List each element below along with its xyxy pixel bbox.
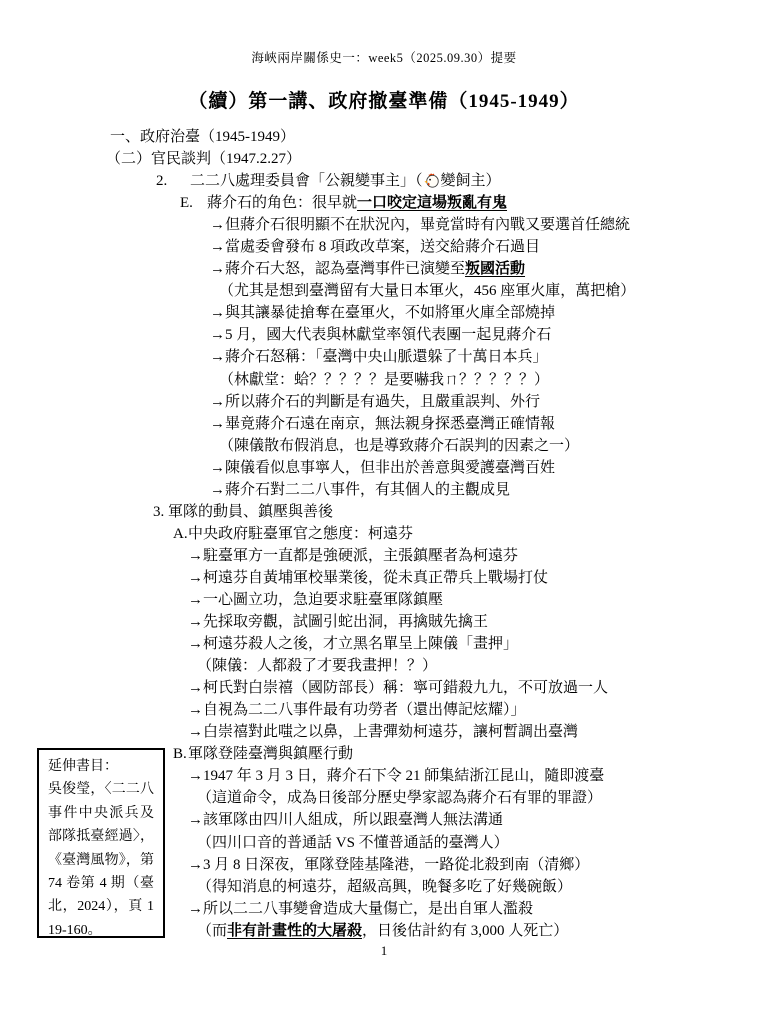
text-segment: 軍隊的動員、鎮壓與善後 bbox=[168, 504, 333, 520]
text-segment: （陳儀散布假消息，也是導致蔣介石誤判的因素之一） bbox=[219, 438, 579, 454]
page-title: （續）第一講、政府撤臺準備（1945-1949） bbox=[0, 86, 768, 113]
text-segment: →畢竟蔣介石遠在南京，無法親身探悉臺灣正確情報 bbox=[210, 416, 555, 432]
text-segment: 變飼主） bbox=[441, 173, 501, 189]
outline-line: （林獻堂：蛤？？？？？是要嚇我ㄇ？？？？？） bbox=[0, 369, 768, 391]
text-segment: →柯遠芬殺人之後，才立黑名單呈上陳儀「畫押」 bbox=[188, 636, 518, 652]
text-segment: 蔣介石的角色：很早就 bbox=[207, 195, 357, 211]
document-page: 海峽兩岸關係史一：week5（2025.09.30）提要 （續）第一講、政府撤臺… bbox=[0, 0, 768, 1024]
text-segment: →自視為二二八事件最有功勞者（還出傳記炫耀）」 bbox=[188, 702, 526, 718]
outline-line: （二）官民談判（1947.2.27） bbox=[0, 148, 768, 170]
text-segment: →與其讓暴徒搶奪在臺軍火，不如將軍火庫全部燒掉 bbox=[210, 305, 555, 321]
text-segment: →5 月，國大代表與林獻堂率領代表團一起見蔣介石 bbox=[210, 327, 551, 343]
outline-line: →蔣介石大怒，認為臺灣事件已演變至叛國活動 bbox=[0, 258, 768, 280]
outline-line: →但蔣介石很明顯不在狀況內，畢竟當時有內戰又要選首任總統 bbox=[0, 214, 768, 236]
text-segment: →所以蔣介石的判斷是有過失，且嚴重誤判、外行 bbox=[210, 394, 540, 410]
text-segment: （得知消息的柯遠芬，超級高興，晚餐多吃了好幾碗飯） bbox=[197, 879, 572, 895]
outline-line: →柯遠芬自黃埔軍校畢業後，從未真正帶兵上戰場打仗 bbox=[0, 567, 768, 589]
text-segment: （這道命令，成為日後部分歷史學家認為蔣介石有罪的罪證） bbox=[197, 790, 602, 806]
text-segment: →柯氏對白崇禧（國防部長）稱：寧可錯殺九九，不可放過一人 bbox=[188, 680, 608, 696]
reference-note-heading: 延伸書目： bbox=[48, 755, 154, 778]
outline-line: →蔣介石怒稱：「臺灣中央山脈還躲了十萬日本兵」 bbox=[0, 346, 768, 368]
text-segment: →所以二二八事變會造成大量傷亡，是出自軍人濫殺 bbox=[188, 901, 533, 917]
outline-line: →所以蔣介石的判斷是有過失，且嚴重誤判、外行 bbox=[0, 391, 768, 413]
text-segment: 軍隊登陸臺灣與鎮壓行動 bbox=[188, 746, 353, 762]
text-segment: ，日後估計約有 3,000 人死亡） bbox=[362, 923, 568, 939]
text-segment: →蔣介石對二二八事件，有其個人的主觀成見 bbox=[210, 482, 510, 498]
text-segment: 二二八處理委員會「公親變事主」（ bbox=[190, 173, 423, 189]
text-segment: →當處委會發布 8 項政改草案，送交給蔣介石過目 bbox=[210, 239, 540, 255]
outline-line: 一、政府治臺（1945-1949） bbox=[0, 126, 768, 148]
outline-line: →當處委會發布 8 項政改草案，送交給蔣介石過目 bbox=[0, 236, 768, 258]
outline-line: →一心圖立功，急迫要求駐臺軍隊鎮壓 bbox=[0, 589, 768, 611]
outline-line: →5 月，國大代表與林獻堂率領代表團一起見蔣介石 bbox=[0, 324, 768, 346]
document-header: 海峽兩岸關係史一：week5（2025.09.30）提要 bbox=[0, 48, 768, 66]
outline-marker: 3. bbox=[153, 501, 168, 523]
page-number: 1 bbox=[0, 943, 768, 959]
text-segment: →白崇禧對此嗤之以鼻，上書彈劾柯遠芬，讓柯暫調出臺灣 bbox=[188, 724, 578, 740]
text-segment: →但蔣介石很明顯不在狀況內，畢竟當時有內戰又要選首任總統 bbox=[210, 217, 630, 233]
outline-line: A.中央政府駐臺軍官之態度：柯遠芬 bbox=[0, 523, 768, 545]
outline-line: （陳儀：人都殺了才要我畫押！？） bbox=[0, 655, 768, 677]
reference-note-body: 吳俊瑩，〈二二八事件中央派兵及部隊抵臺經過〉，《臺灣風物》，第 74 卷第 4 … bbox=[48, 778, 154, 942]
outline-line: →自視為二二八事件最有功勞者（還出傳記炫耀）」 bbox=[0, 699, 768, 721]
outline-line: →與其讓暴徒搶奪在臺軍火，不如將軍火庫全部燒掉 bbox=[0, 302, 768, 324]
text-segment: →蔣介石怒稱：「臺灣中央山脈還躲了十萬日本兵」 bbox=[210, 349, 548, 365]
outline-line: →柯氏對白崇禧（國防部長）稱：寧可錯殺九九，不可放過一人 bbox=[0, 677, 768, 699]
text-segment: （四川口音的普通話 VS 不懂普通話的臺灣人） bbox=[197, 835, 509, 851]
outline-line: （陳儀散布假消息，也是導致蔣介石誤判的因素之一） bbox=[0, 435, 768, 457]
outline-line: 3.軍隊的動員、鎮壓與善後 bbox=[0, 501, 768, 523]
emphasized-text: 叛國活動 bbox=[465, 261, 525, 277]
outline-marker: 2. bbox=[156, 170, 190, 192]
text-segment: （而 bbox=[197, 923, 227, 939]
text-segment: 中央政府駐臺軍官之態度：柯遠芬 bbox=[188, 526, 413, 542]
text-segment: →該軍隊由四川人組成，所以跟臺灣人無法溝通 bbox=[188, 812, 503, 828]
outline-line: →駐臺軍方一直都是強硬派，主張鎮壓者為柯遠芬 bbox=[0, 545, 768, 567]
emphasized-text: 一口咬定這場叛亂有鬼 bbox=[357, 195, 507, 211]
text-segment: 一、政府治臺（1945-1949） bbox=[110, 129, 295, 145]
outline-line: →畢竟蔣介石遠在南京，無法親身探悉臺灣正確情報 bbox=[0, 413, 768, 435]
text-segment: （林獻堂：蛤？？？？？是要嚇我ㄇ？？？？？） bbox=[219, 372, 549, 388]
outline-marker: B. bbox=[173, 743, 188, 765]
reference-note-box: 延伸書目： 吳俊瑩，〈二二八事件中央派兵及部隊抵臺經過〉，《臺灣風物》，第 74… bbox=[37, 748, 165, 938]
text-segment: →柯遠芬自黃埔軍校畢業後，從未真正帶兵上戰場打仗 bbox=[188, 570, 548, 586]
text-segment: →3 月 8 日深夜，軍隊登陸基隆港，一路從北殺到南（清鄉） bbox=[188, 857, 589, 873]
text-segment: →一心圖立功，急迫要求駐臺軍隊鎮壓 bbox=[188, 592, 443, 608]
text-segment: →1947 年 3 月 3 日，蔣介石下令 21 師集結浙江昆山，隨即渡臺 bbox=[188, 768, 604, 784]
outline-line: →白崇禧對此嗤之以鼻，上書彈劾柯遠芬，讓柯暫調出臺灣 bbox=[0, 721, 768, 743]
text-segment: →先採取旁觀，試圖引蛇出洞，再擒賊先擒王 bbox=[188, 614, 488, 630]
text-segment: →陳儀看似息事寧人，但非出於善意與愛護臺灣百姓 bbox=[210, 460, 555, 476]
outline-marker: E. bbox=[180, 192, 207, 214]
outline-line: →柯遠芬殺人之後，才立黑名單呈上陳儀「畫押」 bbox=[0, 633, 768, 655]
outline-line: 2.二二八處理委員會「公親變事主」（ 變飼主） bbox=[0, 170, 768, 192]
text-segment: （二）官民談判（1947.2.27） bbox=[106, 151, 301, 167]
outline-line: →陳儀看似息事寧人，但非出於善意與愛護臺灣百姓 bbox=[0, 457, 768, 479]
outline-line: →先採取旁觀，試圖引蛇出洞，再擒賊先擒王 bbox=[0, 611, 768, 633]
outline-line: （尤其是想到臺灣留有大量日本軍火，456 座軍火庫，萬把槍） bbox=[0, 280, 768, 302]
text-segment: →駐臺軍方一直都是強硬派，主張鎮壓者為柯遠芬 bbox=[188, 548, 518, 564]
emphasized-text: 非有計畫性的大屠殺 bbox=[227, 923, 362, 939]
text-segment: →蔣介石大怒，認為臺灣事件已演變至 bbox=[210, 261, 465, 277]
outline-line: →蔣介石對二二八事件，有其個人的主觀成見 bbox=[0, 479, 768, 501]
outline-line: E.蔣介石的角色：很早就一口咬定這場叛亂有鬼 bbox=[0, 192, 768, 214]
outline-marker: A. bbox=[173, 523, 188, 545]
text-segment: （陳儀：人都殺了才要我畫押！？） bbox=[197, 658, 437, 674]
text-segment: （尤其是想到臺灣留有大量日本軍火，456 座軍火庫，萬把槍） bbox=[219, 283, 635, 299]
